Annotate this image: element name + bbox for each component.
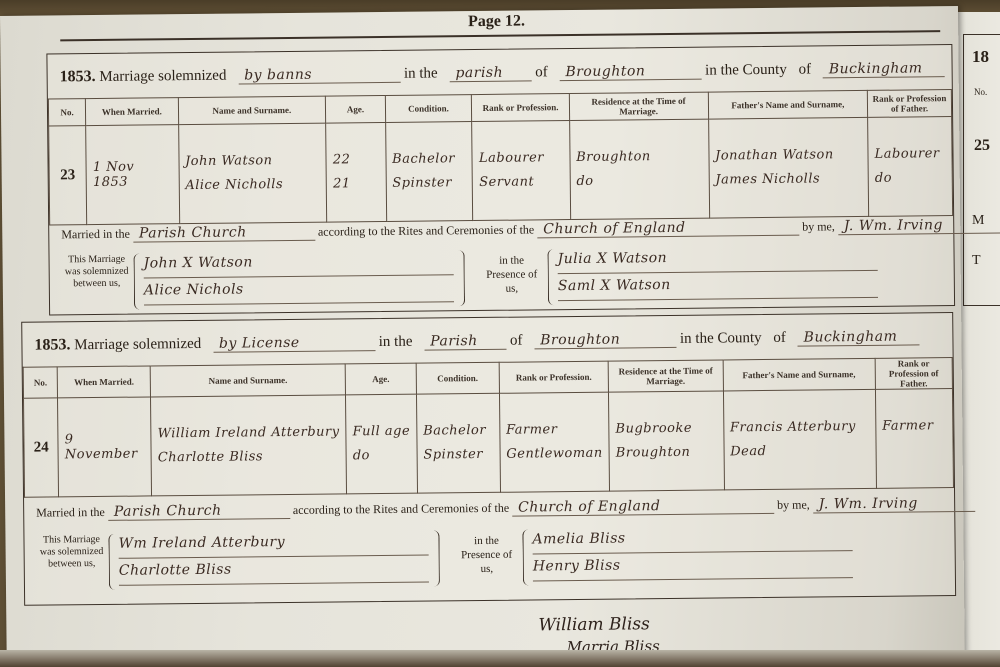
party-signatures: John X Watson Alice Nichols	[143, 248, 454, 305]
column-header: Residence at the Time of Marriage.	[569, 92, 708, 120]
register-table: No.When Married.Name and Surname.Age.Con…	[23, 357, 954, 498]
county-value: Buckingham	[823, 60, 945, 78]
cell-line: Bachelor	[423, 419, 493, 444]
cell-line: Alice Nicholls	[185, 173, 320, 198]
church-value: Church of England	[537, 219, 799, 239]
married-in-label: Married in the	[36, 505, 105, 520]
entry-heading: 1853. Marriage solemnized by License in …	[34, 327, 942, 363]
party-signature: Alice Nichols	[144, 275, 454, 305]
marriage-solemnized-label: Marriage solemnized	[74, 336, 201, 353]
solemnized-by-value: by License	[213, 334, 375, 353]
party-signature: Charlotte Bliss	[119, 556, 429, 586]
party-signature: John X Watson	[143, 248, 453, 278]
column-header: Name and Surname.	[150, 364, 345, 397]
cell-line: Spinster	[392, 171, 466, 196]
cell-line: Bachelor	[392, 147, 466, 172]
witness-signatures: Amelia Bliss Henry Bliss	[532, 524, 853, 581]
party-signature: Wm Ireland Atterbury	[118, 529, 428, 559]
witness-signature: Julia X Watson	[557, 244, 877, 274]
witness-signature: Henry Bliss	[533, 551, 853, 581]
cell-line: 22	[333, 148, 380, 172]
parish-value: Broughton	[534, 331, 676, 349]
cell-line: Dead	[730, 439, 869, 464]
county-value: Buckingham	[798, 328, 920, 346]
column-header: Rank or Profession.	[472, 94, 569, 122]
column-header: Age.	[326, 95, 386, 123]
entry-year: 1853.	[60, 68, 96, 85]
brace-left	[522, 529, 530, 585]
entry-number-cell: 23	[49, 126, 87, 225]
cell-line: do	[576, 169, 702, 194]
by-me-label: by me,	[802, 219, 835, 233]
age-cell: Full agedo	[346, 394, 418, 494]
table-row: 231 Nov 1853John WatsonAlice Nicholls222…	[49, 117, 953, 225]
column-header: Name and Surname.	[178, 96, 326, 125]
cell-line: Labourer	[874, 142, 945, 167]
residence-cell: BugbrookeBroughton	[609, 391, 724, 491]
column-header: Residence at the Time of Marriage.	[608, 360, 723, 392]
in-presence-label: in the Presence of us,	[482, 253, 542, 296]
age-cell: 2221	[326, 122, 386, 222]
in-the-county-label: in the County	[680, 330, 762, 347]
brace-right	[432, 530, 440, 586]
this-marriage-label: This Marriage was solemnized between us,	[36, 534, 106, 571]
when-married-cell: 1 Nov 1853	[86, 125, 179, 225]
next-page-entry-number: 25	[974, 137, 990, 155]
page-number: Page 12.	[468, 13, 525, 32]
next-page-frame: 18 No. 25 M T	[963, 34, 1000, 306]
column-header: Condition.	[385, 95, 472, 123]
signature-block: This Marriage was solemnized between us,…	[36, 521, 917, 600]
next-page-this-fragment: T	[972, 253, 981, 269]
married-in-value: Parish Church	[133, 224, 315, 243]
register-page: Page 12. 1853. Marriage solemnized by ba…	[0, 6, 965, 667]
cell-line: Jonathan Watson	[715, 143, 862, 169]
cell-line: Full age	[352, 420, 410, 445]
column-header: Father's Name and Surname,	[708, 90, 868, 119]
father-profession-cell: Labourerdo	[868, 117, 953, 217]
parish-type-value: Parish	[424, 333, 506, 351]
column-header: When Married.	[86, 98, 179, 126]
next-page-year: 18	[972, 47, 989, 67]
cell-line: Bugbrooke	[615, 417, 717, 442]
signature-block: This Marriage was solemnized between us,…	[61, 241, 942, 320]
cell-line	[882, 438, 946, 463]
marriage-entry: 1853. Marriage solemnized by banns in th…	[46, 44, 955, 315]
solemnized-by-value: by banns	[238, 66, 400, 85]
cell-line: Charlotte Bliss	[158, 444, 340, 470]
rank-or-profession-cell: LabourerServant	[472, 121, 570, 221]
county-of-label: of	[773, 330, 786, 346]
when-married-cell: 9 November	[58, 397, 152, 497]
church-value: Church of England	[512, 497, 774, 517]
witness-signature: Saml X Watson	[558, 271, 878, 301]
county-of-label: of	[798, 62, 811, 78]
married-in-line: Married in the Parish Church according t…	[36, 495, 975, 522]
father-name-cell: Francis AtterburyDead	[723, 389, 876, 490]
entry-number-cell: 24	[24, 398, 59, 497]
brace-left	[108, 534, 116, 590]
in-the-label: in the	[379, 334, 413, 350]
cell-line: Gentlewoman	[506, 442, 603, 467]
rank-or-profession-cell: FarmerGentlewoman	[499, 392, 609, 492]
married-in-label: Married in the	[61, 227, 130, 242]
in-presence-label: in the Presence of us,	[456, 534, 516, 577]
top-rule	[60, 30, 940, 41]
cell-line: Broughton	[576, 145, 702, 170]
brace-right	[457, 250, 465, 306]
marriage-solemnized-label: Marriage solemnized	[99, 68, 226, 85]
witness-signature: Amelia Bliss	[532, 524, 852, 554]
column-header: Rank or Profession of Father.	[867, 90, 951, 118]
footer-signature: William Bliss	[538, 611, 838, 636]
party-signatures: Wm Ireland Atterbury Charlotte Bliss	[118, 529, 429, 586]
officiant-signature: J. Wm. Irving	[838, 217, 1000, 236]
entry-heading: 1853. Marriage solemnized by banns in th…	[60, 59, 942, 94]
of-label: of	[510, 333, 523, 349]
parish-type-value: parish	[449, 64, 531, 82]
according-to-label: according to the Rites and Ceremonies of…	[318, 222, 534, 238]
married-in-value: Parish Church	[108, 502, 290, 521]
cell-line: Broughton	[616, 441, 718, 466]
by-me-label: by me,	[777, 498, 810, 512]
cell-line: 21	[333, 172, 380, 196]
table-row: 249 NovemberWilliam Ireland AtterburyCha…	[24, 389, 954, 498]
according-to-label: according to the Rites and Ceremonies of…	[293, 501, 509, 517]
parish-value: Broughton	[559, 63, 701, 81]
cell-line: Francis Atterbury	[730, 415, 869, 440]
column-header: No.	[23, 367, 58, 398]
cell-line: Farmer	[882, 414, 946, 439]
column-header: When Married.	[57, 366, 150, 398]
condition-cell: BachelorSpinster	[416, 393, 500, 493]
cell-line: Servant	[479, 170, 563, 195]
entry-year: 1853.	[34, 336, 70, 353]
cell-line: Farmer	[506, 418, 603, 443]
name-and-surname-cell: William Ireland AtterburyCharlotte Bliss	[151, 395, 347, 496]
next-page-no-label: No.	[974, 87, 987, 97]
column-header: Condition.	[416, 362, 499, 394]
brace-left	[133, 254, 141, 310]
residence-cell: Broughtondo	[569, 119, 709, 219]
column-header: Father's Name and Surname,	[723, 358, 876, 391]
of-label: of	[535, 64, 548, 80]
cell-line: John Watson	[185, 149, 320, 174]
page-bottom-edge	[0, 650, 1000, 667]
cell-line: James Nicholls	[715, 167, 862, 193]
marriage-entry: 1853. Marriage solemnized by License in …	[21, 312, 956, 606]
cell-line: Labourer	[479, 146, 563, 171]
cell-line: do	[353, 444, 411, 469]
father-name-cell: Jonathan WatsonJames Nicholls	[708, 117, 869, 218]
column-header: Rank or Profession of Father.	[875, 358, 953, 390]
father-profession-cell: Farmer	[875, 389, 953, 489]
name-and-surname-cell: John WatsonAlice Nicholls	[178, 123, 327, 224]
cell-line: do	[875, 166, 946, 191]
brace-left	[547, 249, 555, 305]
column-header: Age.	[345, 363, 416, 395]
column-header: No.	[48, 99, 85, 126]
officiant-signature: J. Wm. Irving	[813, 495, 975, 514]
cell-line: William Ireland Atterbury	[157, 420, 339, 446]
register-table: No.When Married.Name and Surname.Age.Con…	[48, 89, 953, 225]
in-the-label: in the	[404, 65, 438, 81]
this-marriage-label: This Marriage was solemnized between us,	[61, 254, 131, 291]
condition-cell: BachelorSpinster	[385, 122, 473, 222]
witness-signatures: Julia X Watson Saml X Watson	[557, 244, 878, 301]
column-header: Rank or Profession.	[499, 361, 609, 393]
in-the-county-label: in the County	[705, 62, 787, 79]
cell-line: Spinster	[423, 443, 493, 468]
